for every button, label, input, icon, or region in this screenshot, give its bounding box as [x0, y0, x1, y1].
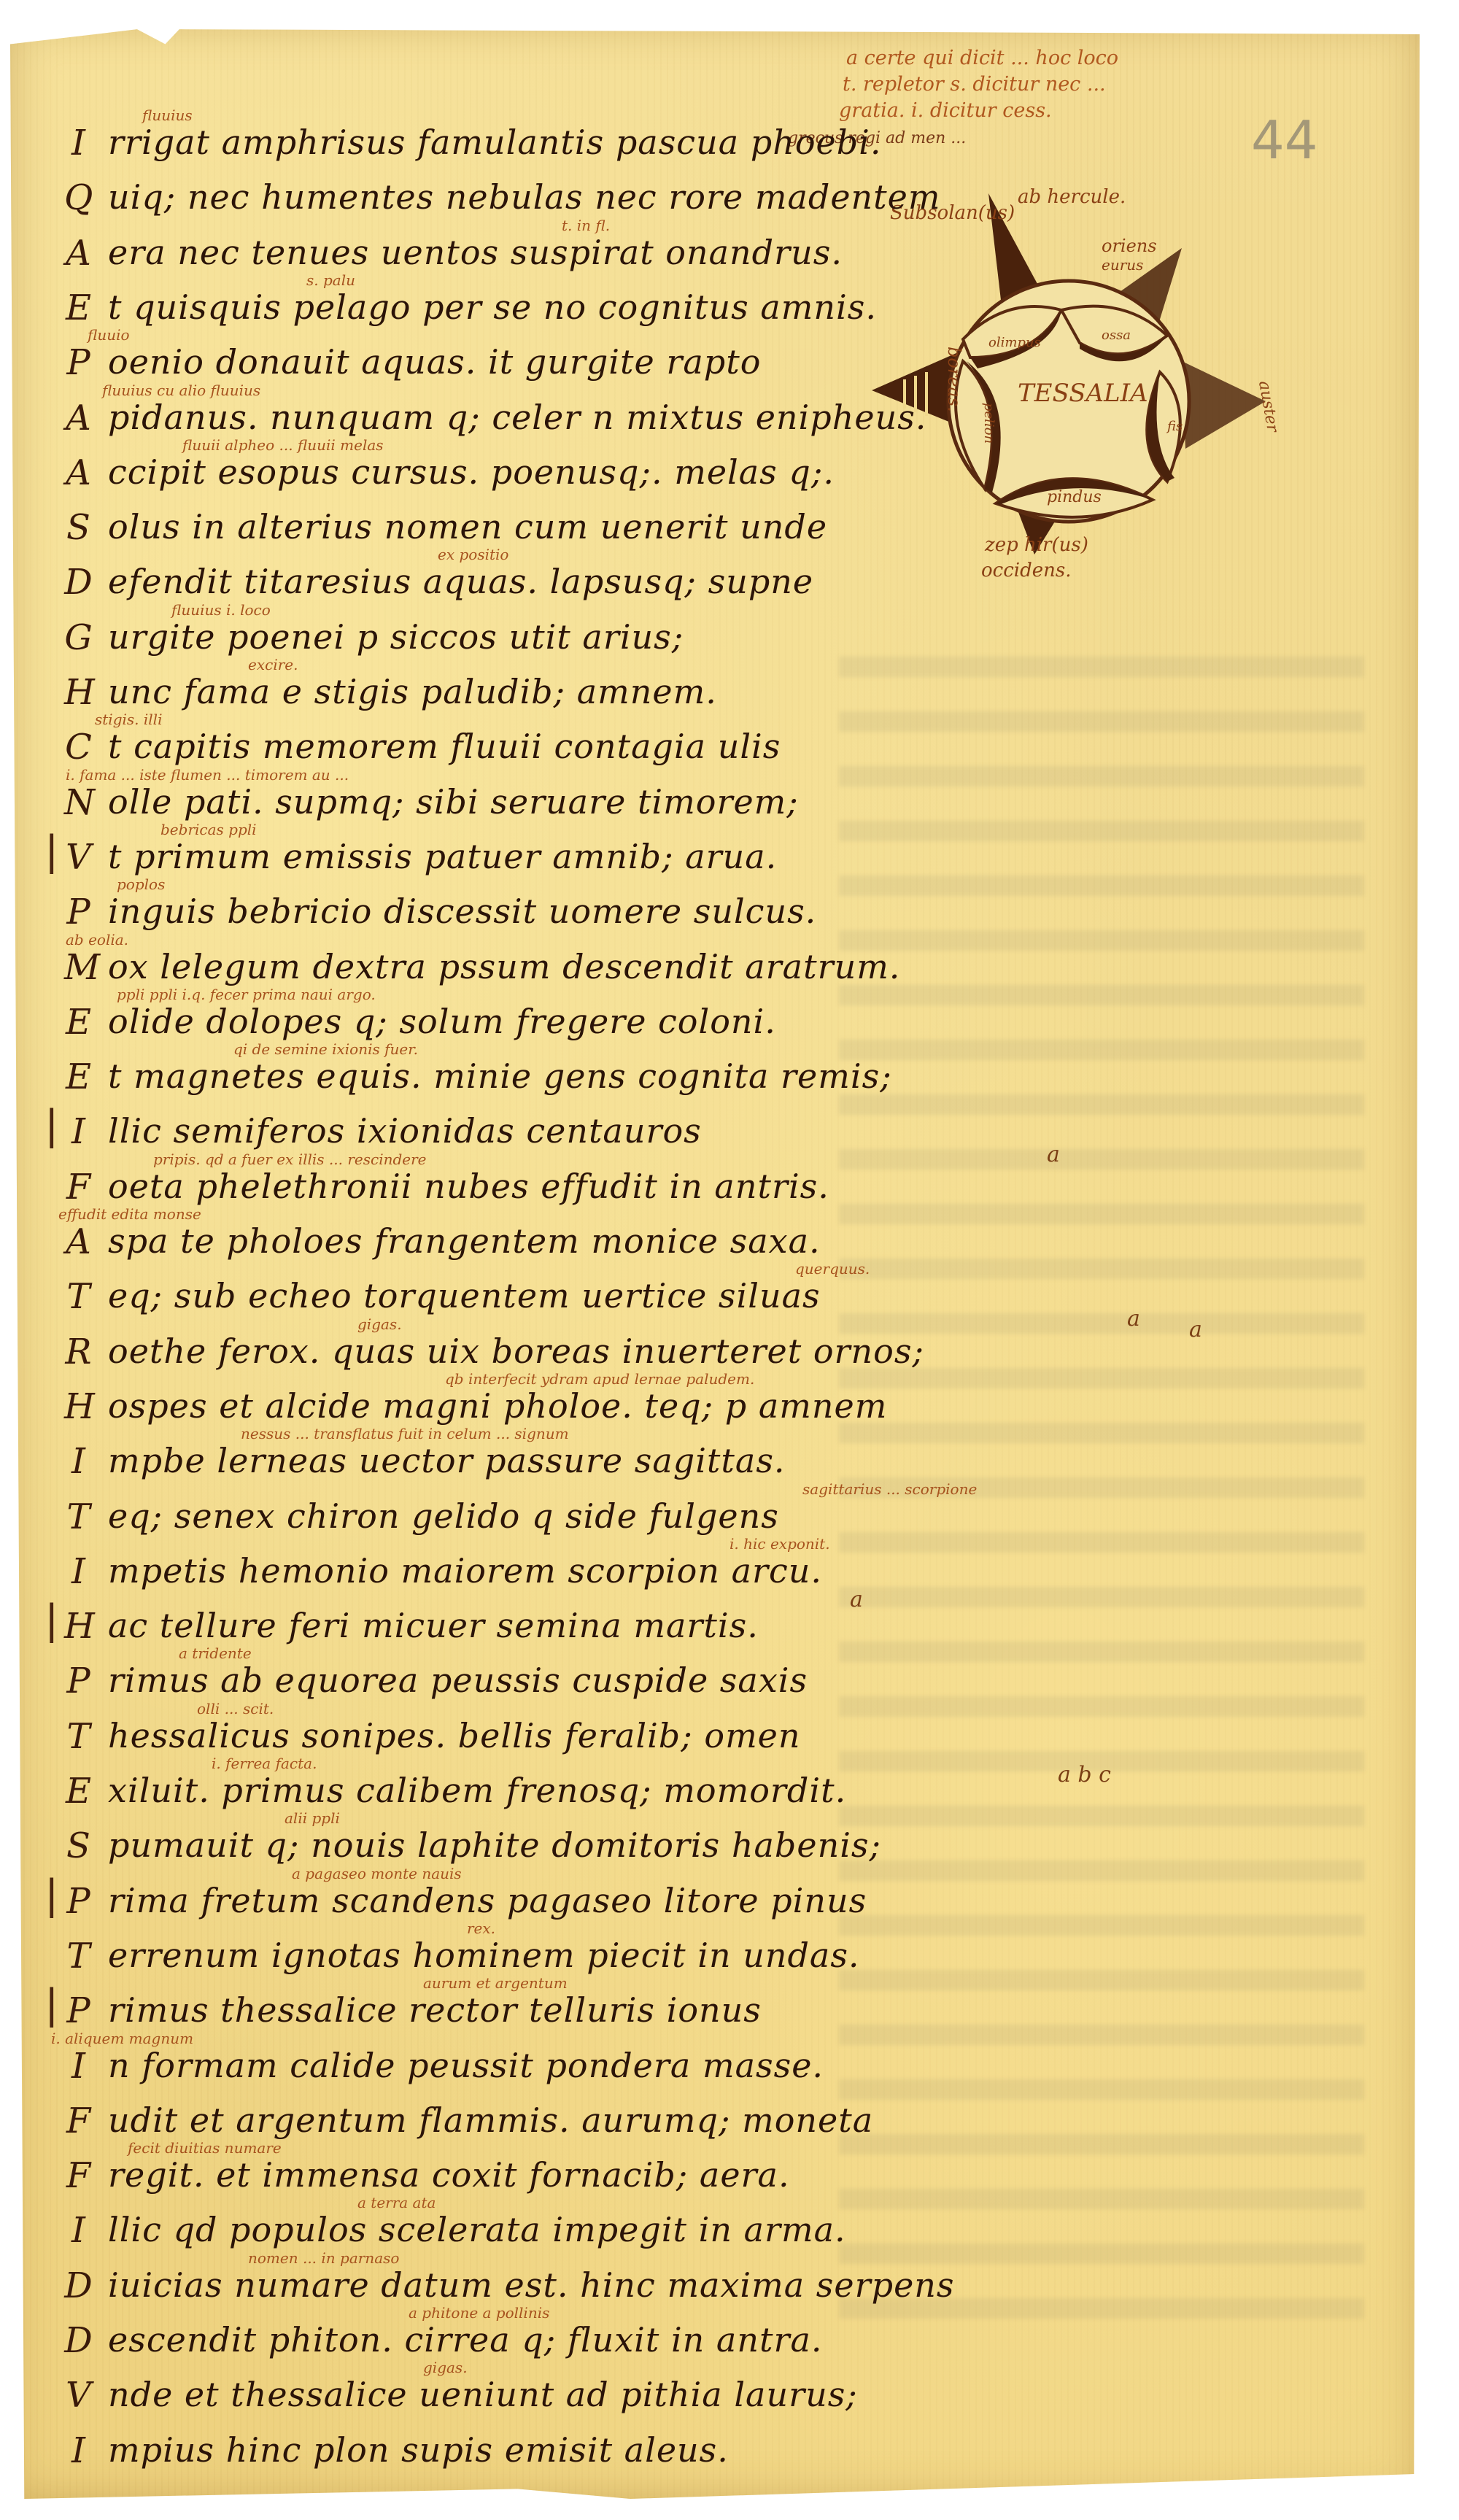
interlinear-gloss: pripis. qd a fuer ex illis ... rescinder…: [153, 1151, 427, 1168]
line-initial: V: [64, 837, 93, 878]
interlinear-gloss: fluuius i. loco: [171, 601, 271, 619]
verse-line: Impetis hemonio maiorem scorpion arcu.: [0, 1551, 1021, 1602]
line-initial: I: [64, 2046, 93, 2087]
verse-text: olide dolopes q; solum fregere coloni.: [108, 1002, 776, 1041]
verse-text: n formam calide peussit pondera masse.: [108, 2046, 824, 2085]
verse-text: spa te pholoes frangentem monice saxa.: [108, 1221, 821, 1261]
interlinear-gloss: fluuio: [88, 326, 130, 344]
verse-text: rrigat amphrisus famulantis pascua phoeb…: [108, 123, 882, 162]
top-gloss-line: t. repletor s. dicitur nec ...: [843, 71, 1106, 98]
verse-line: Primus ab equorea peussis cuspide saxis: [0, 1661, 1021, 1712]
verse-text: oethe ferox. quas uix boreas inuerteret …: [108, 1331, 924, 1371]
verse-line: Teq; sub echeo torquentem uertice siluas: [0, 1276, 1021, 1327]
verse-line: Gurgite poenei p siccos utit arius;: [0, 617, 1021, 668]
interlinear-gloss: i. hic exponit.: [729, 1535, 830, 1553]
interlinear-gloss: a tridente: [179, 1644, 252, 1662]
interlinear-gloss: poplos: [117, 876, 165, 893]
interlinear-gloss: fluuius: [142, 107, 193, 124]
interlinear-gloss: ex positio: [438, 546, 508, 563]
interlinear-gloss: i. aliquem magnum: [51, 2030, 193, 2047]
verse-text: t magnetes equis. minie gens cognita rem…: [108, 1056, 892, 1096]
wind-ray-east: [1182, 361, 1266, 449]
verse-line: Irrigat amphrisus famulantis pascua phoe…: [0, 123, 1021, 174]
paragraph-mark-icon: ∣: [45, 1104, 58, 1155]
line-initial: T: [64, 1716, 93, 1757]
interlinear-gloss: rex.: [467, 1920, 495, 1937]
verse-line: Descendit phiton. cirrea q; fluxit in an…: [0, 2320, 1021, 2371]
line-initial: C: [64, 727, 93, 768]
wind-label-oriens: oriens: [1102, 236, 1157, 256]
verse-text: rimus ab equorea peussis cuspide saxis: [108, 1661, 808, 1700]
interlinear-gloss: olli ... scit.: [197, 1700, 274, 1717]
line-initial: I: [64, 2210, 93, 2251]
margin-letter: a: [1189, 1317, 1202, 1342]
verse-line: Defendit titaresius aquas. lapsusq; supn…: [0, 562, 1021, 613]
paragraph-mark-icon: ∣: [45, 1983, 58, 2034]
line-initial: Q: [64, 177, 93, 218]
interlinear-gloss: gigas.: [357, 1315, 402, 1333]
verse-line: ∣Hac tellure feri micuer semina martis.: [0, 1606, 1021, 1657]
line-initial: T: [64, 1496, 93, 1537]
interlinear-gloss: fluuii alpheo ... fluuii melas: [182, 436, 384, 454]
verse-text: unc fama e stigis paludib; amnem.: [108, 672, 717, 711]
margin-letter: a: [1047, 1142, 1060, 1167]
line-initial: I: [64, 1551, 93, 1592]
interlinear-gloss: ab eolia.: [66, 931, 128, 948]
line-initial: M: [64, 947, 93, 988]
verse-text: escendit phiton. cirrea q; fluxit in ant…: [108, 2320, 823, 2359]
verse-text: hessalicus sonipes. bellis feralib; omen: [108, 1716, 801, 1755]
line-initial: E: [64, 1056, 93, 1097]
line-initial: H: [64, 672, 93, 713]
interlinear-gloss: a phitone a pollinis: [409, 2304, 549, 2322]
verse-line: Teq; senex chiron gelido q side fulgens: [0, 1496, 1021, 1547]
interlinear-gloss: fluuius cu alio fluuius: [102, 382, 260, 399]
verse-text: ox lelegum dextra pssum descendit aratru…: [108, 947, 900, 986]
label-ossa: ossa: [1102, 328, 1131, 343]
line-initial: I: [64, 1111, 93, 1152]
margin-letter: a b c: [1058, 1762, 1111, 1787]
wind-label-eurus: eurus: [1102, 256, 1143, 274]
verse-line: Eolide dolopes q; solum fregere coloni.: [0, 1002, 1021, 1053]
verse-text: ccipit esopus cursus. poenusq;. melas q;…: [108, 452, 835, 492]
interlinear-gloss: aurum et argentum: [423, 1974, 568, 1992]
interlinear-gloss: querquus.: [795, 1260, 870, 1278]
label-pindus: pindus: [1047, 488, 1102, 506]
verse-line: Solus in alterius nomen cum uenerit unde: [0, 507, 1021, 558]
line-initial: T: [64, 1276, 93, 1317]
line-initial: H: [64, 1606, 93, 1647]
line-initial: N: [64, 782, 93, 823]
interlinear-gloss: nessus ... transflatus fuit in celum ...…: [241, 1425, 569, 1442]
verse-line: ∣Prima fretum scandens pagaseo litore pi…: [0, 1881, 1021, 1932]
line-initial: R: [64, 1331, 93, 1372]
line-initial: T: [64, 1936, 93, 1976]
folio-number: 44: [1251, 109, 1318, 171]
line-initial: E: [64, 287, 93, 328]
verse-line: Thessalicus sonipes. bellis feralib; ome…: [0, 1716, 1021, 1767]
line-initial: I: [64, 1441, 93, 1482]
wind-label-hercule: ab hercule.: [1018, 186, 1126, 208]
verse-text: udit et argentum flammis. aurumq; moneta: [108, 2100, 873, 2140]
verse-text: errenum ignotas hominem piecit in undas.: [108, 1936, 860, 1975]
verse-text: pidanus. nunquam q; celer n mixtus eniph…: [108, 398, 926, 437]
verse-text: rimus thessalice rector telluris ionus: [108, 1990, 762, 2030]
verse-line: Apidanus. nunquam q; celer n mixtus enip…: [0, 398, 1021, 449]
interlinear-gloss: qb interfecit ydram apud lernae paludem.: [445, 1370, 754, 1388]
verse-text: oenio donauit aquas. it gurgite rapto: [108, 342, 761, 382]
verse-text: llic semiferos ixionidas centauros: [108, 1111, 702, 1151]
line-initial: G: [64, 617, 93, 658]
line-initial: S: [64, 1825, 93, 1866]
line-initial: E: [64, 1002, 93, 1043]
verse-line: Vnde et thessalice ueniunt ad pithia lau…: [0, 2375, 1021, 2426]
interlinear-gloss: t. in fl.: [562, 217, 610, 234]
verse-text: iuicias numare datum est. hinc maxima se…: [108, 2265, 955, 2305]
line-initial: A: [64, 233, 93, 274]
line-initial: D: [64, 2320, 93, 2361]
diagram-title: TESSALIA: [1018, 379, 1148, 408]
interlinear-gloss: excire.: [248, 656, 298, 673]
interlinear-gloss: sagittarius ... scorpione: [802, 1480, 977, 1498]
interlinear-gloss: alii ppli: [285, 1809, 340, 1827]
verse-text: mpius hinc plon supis emisit aleus.: [108, 2430, 729, 2470]
verse-text: t quisquis pelago per se no cognitus amn…: [108, 287, 877, 327]
interlinear-gloss: bebricas ppli: [160, 821, 257, 838]
verse-text: regit. et immensa coxit fornacib; aera.: [108, 2155, 790, 2195]
line-initial: P: [64, 342, 93, 383]
top-gloss-line: a certe qui dicit ... hoc loco: [846, 45, 1118, 71]
verse-line: Exiluit. primus calibem frenosq; momordi…: [0, 1771, 1021, 1822]
line-initial: P: [64, 1881, 93, 1922]
interlinear-gloss: a pagaseo monte nauis: [292, 1865, 462, 1882]
margin-letter: a: [1127, 1306, 1140, 1331]
verse-text: ospes et alcide magni pholoe. teq; p amn…: [108, 1386, 887, 1426]
verse-line: Aera nec tenues uentos suspirat onandrus…: [0, 233, 1021, 284]
verse-line: Fregit. et immensa coxit fornacib; aera.: [0, 2155, 1021, 2206]
interlinear-gloss: a terra ata: [357, 2194, 436, 2211]
interlinear-gloss: fecit diuitias numare: [128, 2139, 282, 2157]
wind-label-auster: auster: [1255, 379, 1282, 435]
verse-text: nde et thessalice ueniunt ad pithia laur…: [108, 2375, 858, 2414]
verse-text: rima fretum scandens pagaseo litore pinu…: [108, 1881, 867, 1920]
line-initial: F: [64, 2100, 93, 2141]
verse-line: Impius hinc plon supis emisit aleus.: [0, 2430, 1021, 2481]
verse-line: Quiq; nec humentes nebulas nec rore made…: [0, 177, 1021, 228]
verse-text: mpetis hemonio maiorem scorpion arcu.: [108, 1551, 822, 1591]
line-initial: P: [64, 1990, 93, 2031]
verse-line: In formam calide peussit pondera masse.: [0, 2046, 1021, 2097]
line-initial: I: [64, 2430, 93, 2471]
line-initial: I: [64, 123, 93, 163]
line-initial: D: [64, 562, 93, 603]
margin-letter: a: [850, 1587, 863, 1612]
line-initial: P: [64, 1661, 93, 1701]
label-othrys: fis: [1166, 419, 1183, 434]
line-initial: F: [64, 1167, 93, 1207]
verse-text: eq; senex chiron gelido q side fulgens: [108, 1496, 779, 1536]
verse-text: pumauit q; nouis laphite domitoris haben…: [108, 1825, 881, 1865]
interlinear-gloss: s. palu: [306, 271, 355, 289]
verse-text: uiq; nec humentes nebulas nec rore maden…: [108, 177, 941, 217]
interlinear-gloss: ppli ppli i.q. fecer prima naui argo.: [117, 986, 376, 1003]
verse-line: Et magnetes equis. minie gens cognita re…: [0, 1056, 1021, 1108]
verse-text: eq; sub echeo torquentem uertice siluas: [108, 1276, 821, 1315]
verse-text: t primum emissis patuer amnib; arua.: [108, 837, 777, 876]
line-initial: D: [64, 2265, 93, 2306]
line-initial: P: [64, 892, 93, 932]
line-initial: A: [64, 398, 93, 438]
interlinear-gloss: i. ferrea facta.: [212, 1755, 317, 1772]
line-initial: A: [64, 452, 93, 493]
verse-text: xiluit. primus calibem frenosq; momordit…: [108, 1771, 846, 1810]
line-initial: A: [64, 1221, 93, 1262]
paragraph-mark-icon: ∣: [45, 830, 58, 881]
verse-line: Pinguis bebricio discessit uomere sulcus…: [0, 892, 1021, 943]
verse-text: mpbe lerneas uector passure sagittas.: [108, 1441, 786, 1480]
interlinear-gloss: i. fama ... iste flumen ... timorem au .…: [66, 766, 349, 784]
line-initial: V: [64, 2375, 93, 2416]
verse-line: Et quisquis pelago per se no cognitus am…: [0, 287, 1021, 339]
verse-text: oeta phelethronii nubes effudit in antri…: [108, 1167, 829, 1206]
interlinear-gloss: nomen ... in parnaso: [248, 2249, 399, 2267]
verse-line: Illic qd populos scelerata impegit in ar…: [0, 2210, 1021, 2261]
verse-text: inguis bebricio discessit uomere sulcus.: [108, 892, 816, 931]
top-gloss-line: gratia. i. dicitur cess.: [839, 98, 1052, 124]
line-initial: S: [64, 507, 93, 548]
verse-text: t capitis memorem fluuii contagia ulis: [108, 727, 781, 766]
line-initial: E: [64, 1771, 93, 1812]
verse-line: Nolle pati. supmq; sibi seruare timorem;: [0, 782, 1021, 833]
verse-text: efendit titaresius aquas. lapsusq; supne: [108, 562, 813, 601]
verse-text: ac tellure feri micuer semina martis.: [108, 1606, 759, 1645]
interlinear-gloss: effudit edita monse: [58, 1205, 201, 1223]
verse-line: Accipit esopus cursus. poenusq;. melas q…: [0, 452, 1021, 503]
interlinear-gloss: stigis. illi: [95, 711, 162, 728]
verse-line: Spumauit q; nouis laphite domitoris habe…: [0, 1825, 1021, 1877]
paragraph-mark-icon: ∣: [45, 1599, 58, 1650]
line-initial: H: [64, 1386, 93, 1427]
verse-text: era nec tenues uentos suspirat onandrus.: [108, 233, 843, 272]
interlinear-gloss: qi de semine ixionis fuer.: [233, 1040, 418, 1058]
interlinear-gloss: gigas.: [423, 2359, 468, 2376]
line-initial: F: [64, 2155, 93, 2196]
verse-text: olus in alterius nomen cum uenerit unde: [108, 507, 827, 546]
paragraph-mark-icon: ∣: [45, 1874, 58, 1925]
verse-text: olle pati. supmq; sibi seruare timorem;: [108, 782, 799, 822]
verse-text: llic qd populos scelerata impegit in arm…: [108, 2210, 846, 2249]
verse-text: urgite poenei p siccos utit arius;: [108, 617, 684, 657]
